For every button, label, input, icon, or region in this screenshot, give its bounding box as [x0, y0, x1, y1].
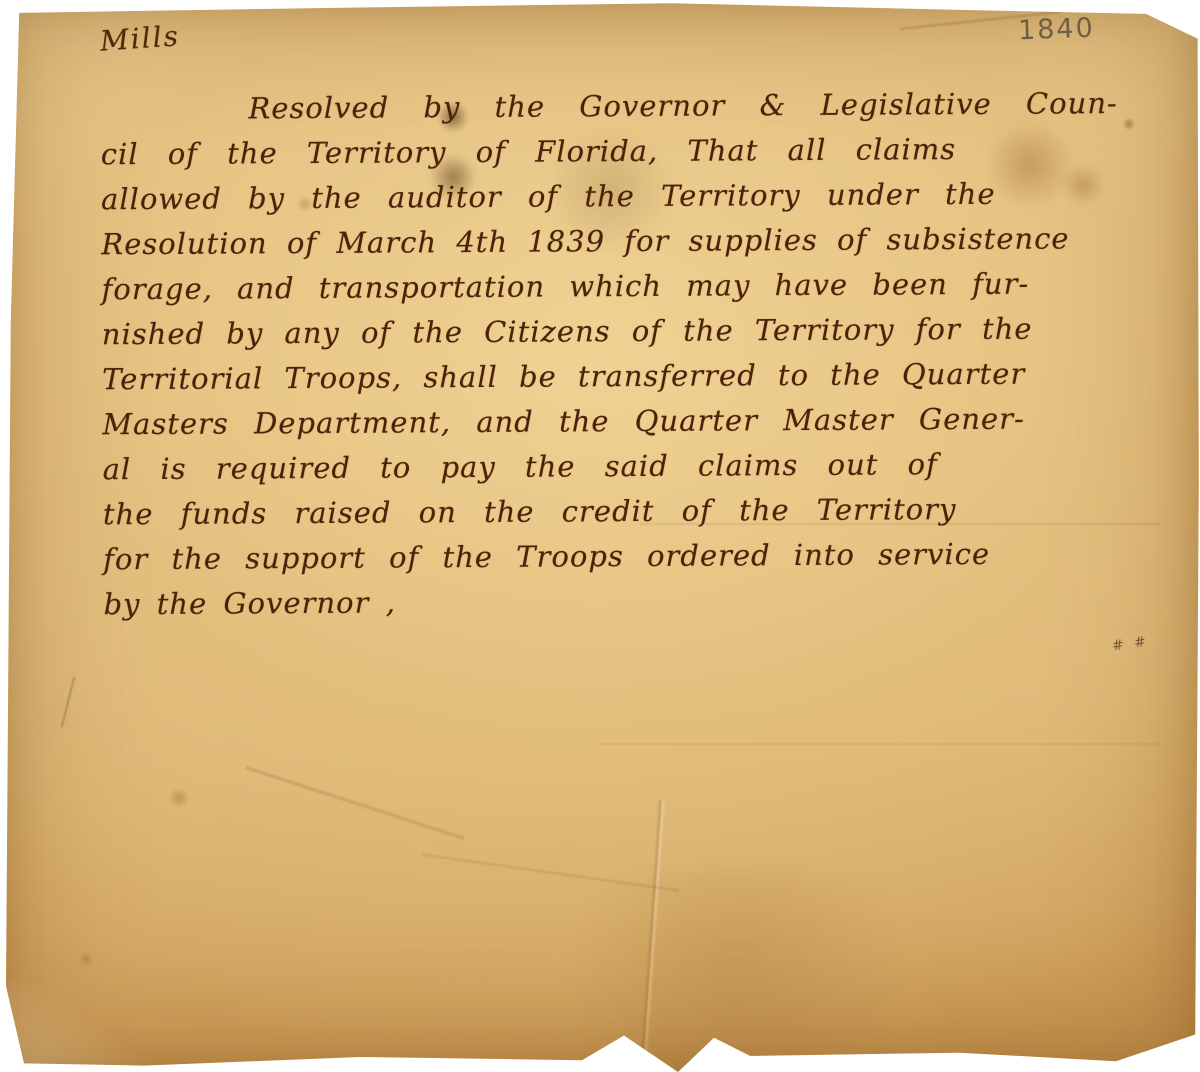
manuscript-line: forage, and transportation which may hav… — [101, 261, 1173, 313]
crease — [421, 852, 679, 893]
manuscript-line: by the Governor , — [103, 576, 1175, 628]
manuscript-line: allowed by the auditor of the Territory … — [101, 171, 1173, 223]
manuscript-line: cil of the Territory of Florida, That al… — [101, 126, 1173, 178]
year-annotation: 1840 — [1017, 13, 1095, 47]
manuscript-line: Resolution of March 4th 1839 for supplie… — [101, 216, 1173, 268]
manuscript-line: al is required to pay the said claims ou… — [103, 441, 1175, 493]
paper-sheet: Mills 1840 Resolved by the Governor & Le… — [0, 0, 1200, 1072]
foxing-spot — [78, 952, 94, 966]
manuscript-line: Territorial Troops, shall be transferred… — [102, 351, 1174, 403]
corner-fold — [0, 982, 150, 1072]
crease — [245, 765, 466, 842]
manuscript-line: Resolved by the Governor & Legislative C… — [100, 81, 1172, 133]
crease — [600, 742, 1160, 746]
manuscript-line: the funds raised on the credit of the Te… — [103, 486, 1175, 538]
manuscript-line: Masters Department, and the Quarter Mast… — [102, 396, 1174, 448]
scribble-mark: # # — [1111, 634, 1150, 655]
manuscript-body: Resolved by the Governor & Legislative C… — [100, 81, 1175, 628]
manuscript-line: for the support of the Troops ordered in… — [103, 531, 1175, 583]
manuscript-scan: { "document": { "type": "handwritten man… — [0, 0, 1200, 1072]
shading — [520, 870, 950, 1070]
docket-note-mills: Mills — [99, 19, 181, 57]
pencil-mark — [60, 676, 76, 727]
crease — [639, 800, 667, 1068]
manuscript-line: nished by any of the Citizens of the Ter… — [102, 306, 1174, 358]
foxing-spot — [168, 788, 190, 808]
